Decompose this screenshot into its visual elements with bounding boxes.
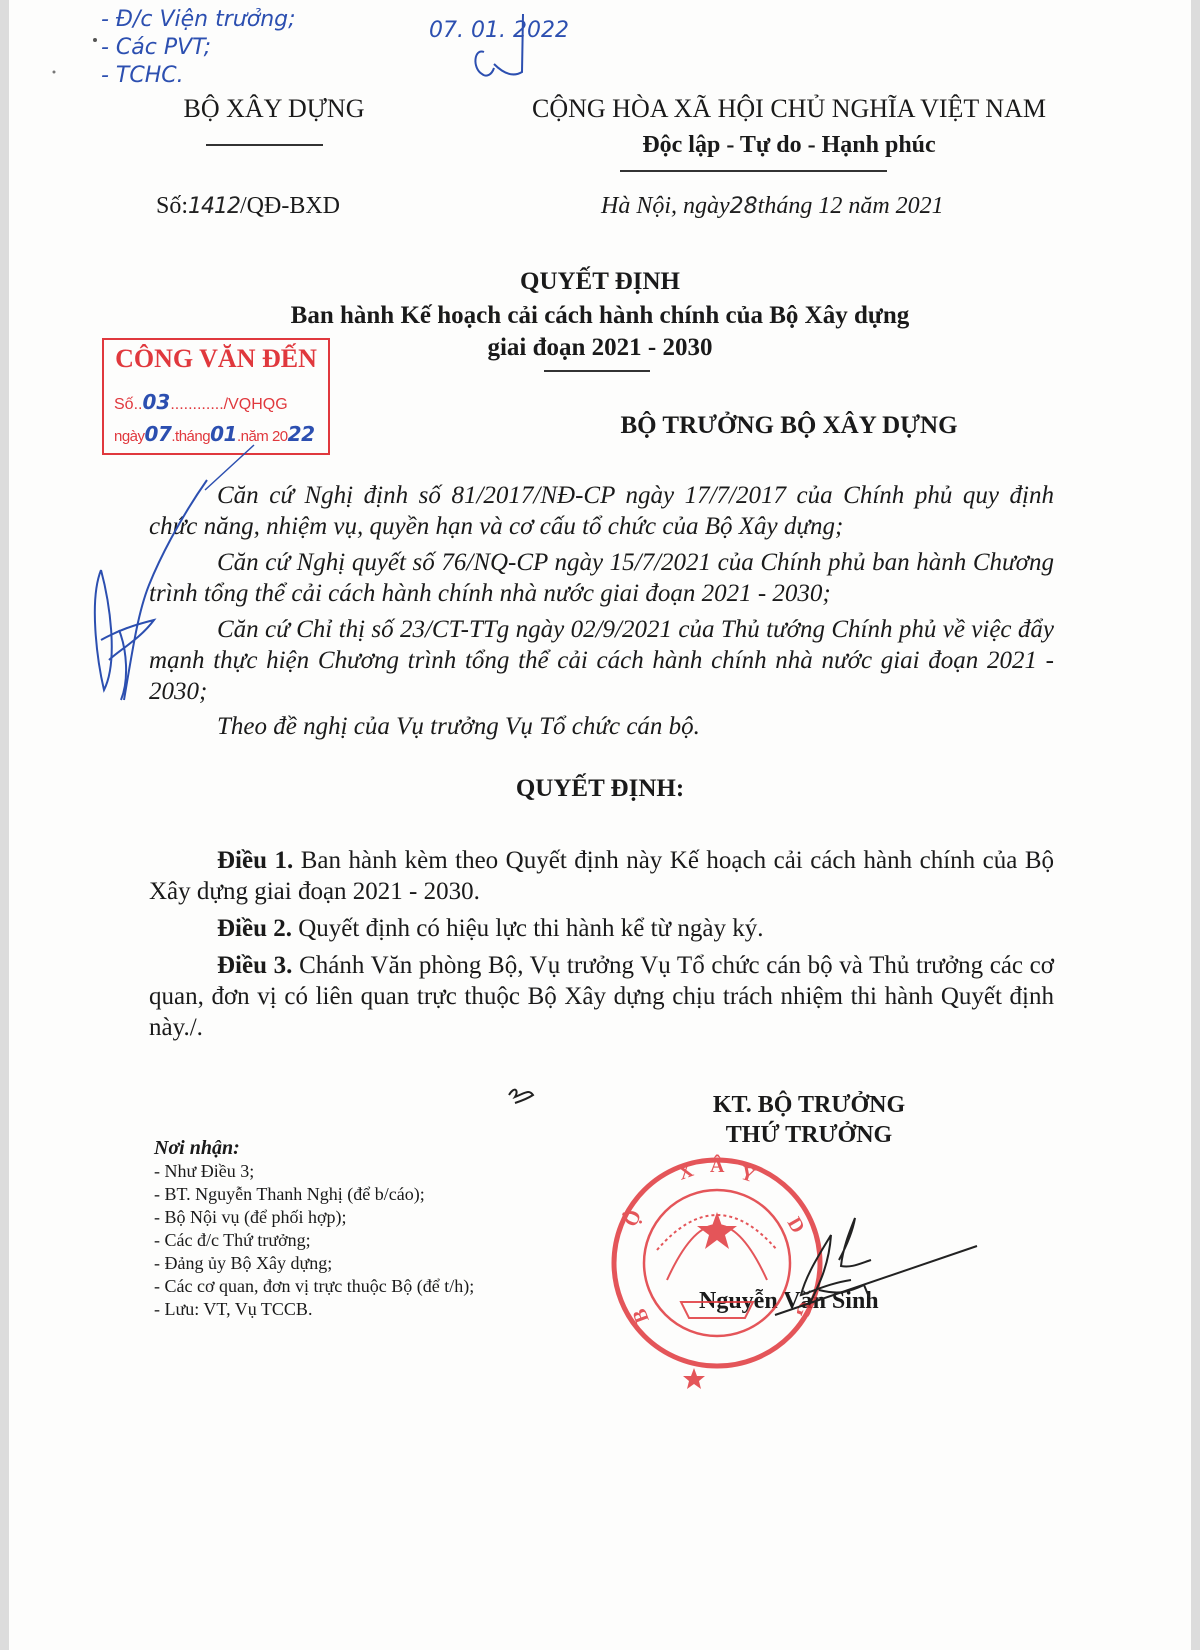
nation-name: CỘNG HÒA XÃ HỘI CHỦ NGHĨA VIỆT NAM (509, 94, 1069, 124)
stamp-number-line: Số..03............/VQHQG (114, 390, 288, 414)
recipient-item: - Lưu: VT, Vụ TCCB. (154, 1298, 474, 1321)
stamp-date-line: ngày07.tháng01.năm 2022 (114, 422, 315, 446)
decision-heading: QUYẾT ĐỊNH: (9, 775, 1191, 803)
stamp-day: 07 (145, 422, 172, 446)
routing-line: - Các PVT; (101, 34, 296, 62)
svg-text:Y: Y (737, 1162, 758, 1188)
title-underline (544, 370, 650, 372)
svg-text:Â: Â (710, 1153, 725, 1177)
signer-name: Nguyễn Văn Sinh (699, 1288, 879, 1315)
preamble-clause: Căn cứ Nghị quyết số 76/NQ-CP ngày 15/7/… (149, 547, 1054, 609)
ink-overlay: X Â Y Ộ B D G (9, 0, 1191, 1650)
svg-text:Ộ: Ộ (619, 1206, 646, 1230)
national-motto: Độc lập - Tự do - Hạnh phúc (509, 132, 1069, 159)
signature-on-behalf: KT. BỘ TRƯỞNG (649, 1092, 969, 1119)
routing-line: - TCHC. (101, 62, 296, 90)
recipient-item: - Bộ Nội vụ (để phối hợp); (154, 1206, 474, 1229)
document-subject-line-1: Ban hành Kế hoạch cải cách hành chính củ… (9, 302, 1191, 330)
article-1: Điều 1. Ban hành kèm theo Quyết định này… (149, 845, 1054, 907)
issuer-underline (206, 144, 323, 146)
ink-mark-icon (509, 1090, 533, 1103)
svg-text:D: D (783, 1214, 809, 1238)
speck-icon (93, 38, 97, 42)
signature-position: THỨ TRƯỞNG (649, 1122, 969, 1149)
official-seal-icon: X Â Y Ộ B D G (614, 1153, 820, 1389)
stamp-title: CÔNG VĂN ĐẾN (104, 344, 328, 374)
recipients-list: Nơi nhận: - Như Điều 3; - BT. Nguyễn Tha… (154, 1137, 474, 1321)
handwritten-routing-note: - Đ/c Viện trưởng; - Các PVT; - TCHC. (101, 6, 296, 90)
document-number-value: 1412 (188, 194, 240, 219)
issue-day: 28 (730, 194, 758, 219)
issuer-name: BỘ XÂY DỰNG (9, 94, 539, 124)
document-page: - Đ/c Viện trưởng; - Các PVT; - TCHC. 07… (9, 0, 1191, 1650)
recipient-item: - Đảng ủy Bộ Xây dựng; (154, 1252, 474, 1275)
document-number: Số:1412/QĐ-BXD (156, 193, 340, 220)
preamble-clause: Theo đề nghị của Vụ trưởng Vụ Tổ chức cá… (149, 711, 1054, 742)
recipient-item: - Các đ/c Thứ trưởng; (154, 1229, 474, 1252)
motto-underline (620, 170, 887, 172)
stamp-month: 01 (210, 422, 237, 446)
routing-line: - Đ/c Viện trưởng; (101, 6, 296, 34)
document-type: QUYẾT ĐỊNH (9, 268, 1191, 296)
recipient-item: - Các cơ quan, đơn vị trực thuộc Bộ (để … (154, 1275, 474, 1298)
recipient-item: - Như Điều 3; (154, 1160, 474, 1183)
recipients-title: Nơi nhận: (154, 1137, 474, 1160)
article-2: Điều 2. Quyết định có hiệu lực thi hành … (149, 913, 1054, 944)
preamble-clause: Căn cứ Nghị định số 81/2017/NĐ-CP ngày 1… (149, 480, 1054, 542)
recipient-item: - BT. Nguyễn Thanh Nghị (để b/cáo); (154, 1183, 474, 1206)
stamp-year: 22 (288, 422, 315, 446)
speck-icon (53, 71, 56, 74)
svg-text:B: B (628, 1306, 653, 1326)
stamp-number-value: 03 (142, 390, 170, 414)
place-and-date: Hà Nội, ngày28tháng 12 năm 2021 (601, 193, 944, 220)
preamble-clause: Căn cứ Chỉ thị số 23/CT-TTg ngày 02/9/20… (149, 614, 1054, 707)
article-3: Điều 3. Chánh Văn phòng Bộ, Vụ trưởng Vụ… (149, 950, 1054, 1043)
incoming-document-stamp: CÔNG VĂN ĐẾN Số..03............/VQHQG ng… (102, 338, 330, 455)
handwritten-date-note: 07. 01. 2022 (429, 18, 569, 43)
svg-text:X: X (675, 1159, 697, 1185)
